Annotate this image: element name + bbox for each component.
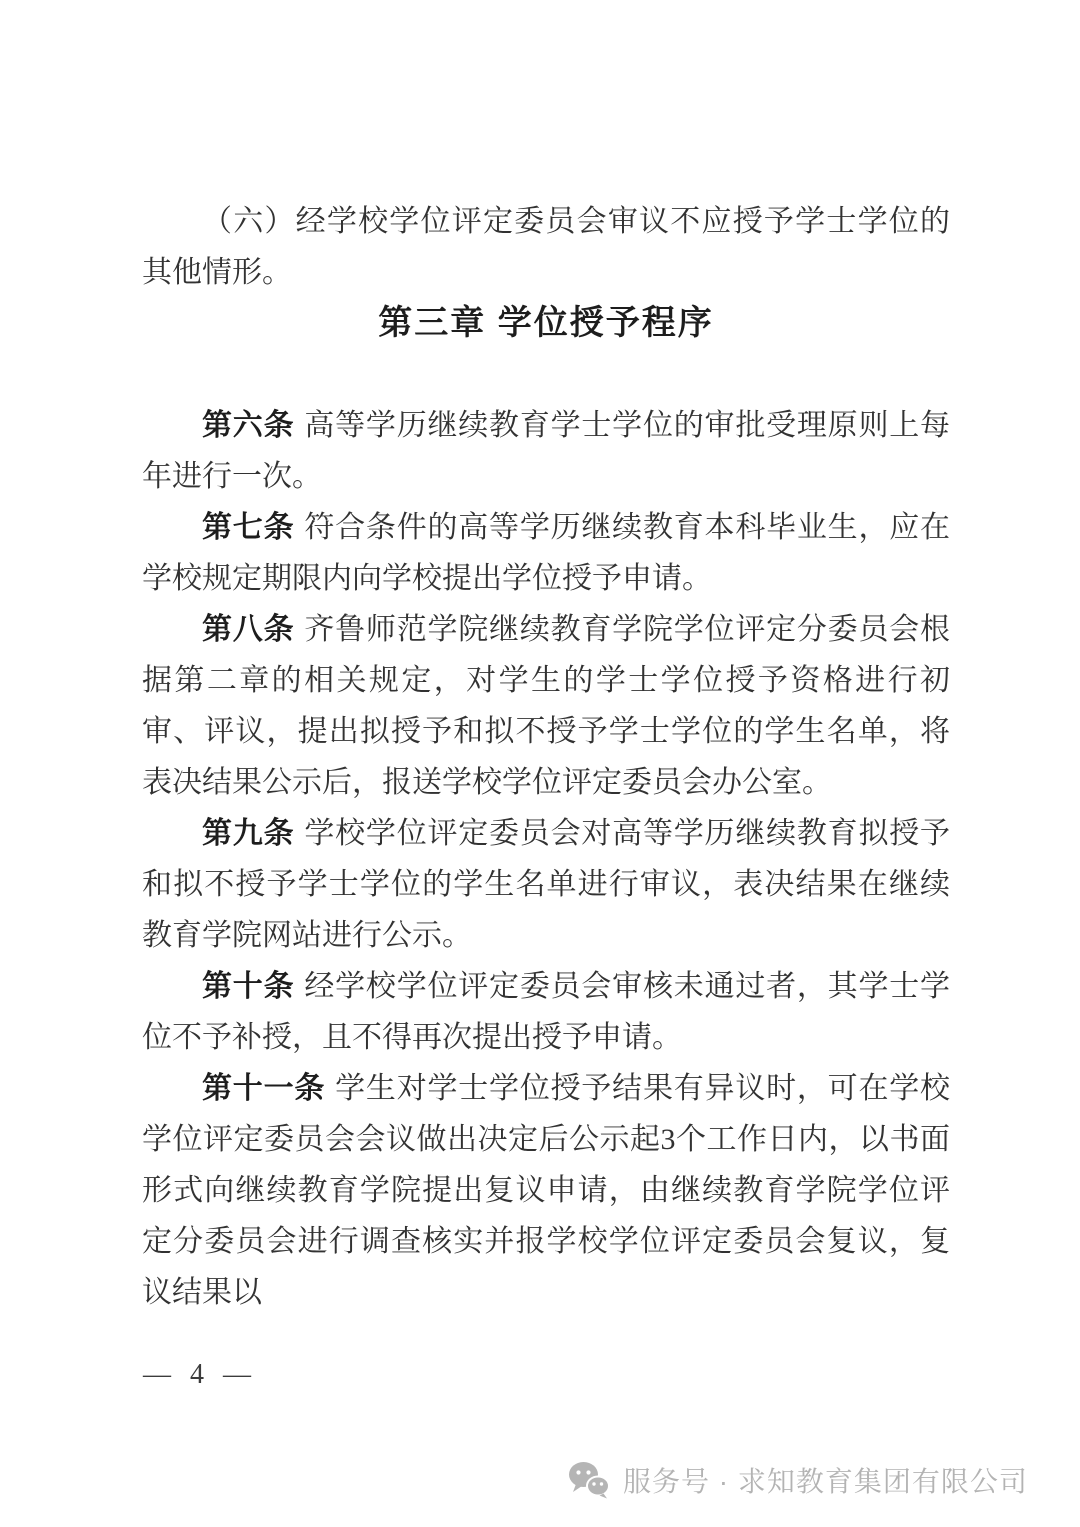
footer-text: 服务号 · 求知教育集团有限公司 [623,1460,1028,1500]
article-label: 第八条 [202,613,294,646]
article-label: 第七条 [202,511,294,544]
article-paragraph: 第十条经学校学位评定委员会审核未通过者，其学士学位不予补授，且不得再次提出授予申… [142,961,950,1063]
article-paragraph: 第七条符合条件的高等学历继续教育本科毕业生，应在学校规定期限内向学校提出学位授予… [142,502,950,604]
article-label: 第六条 [202,409,294,442]
chapter-heading: 第三章 学位授予程序 [142,298,950,349]
footer: 服务号 · 求知教育集团有限公司 [568,1458,1028,1502]
document-body: （六）经学校学位评定委员会审议不应授予学士学位的其他情形。 第三章 学位授予程序… [142,196,950,1318]
article-paragraph: 第十一条学生对学士学位授予结果有异议时，可在学校学位评定委员会会议做出决定后公示… [142,1063,950,1318]
article-label: 第十一条 [202,1072,325,1105]
article-paragraph: 第六条高等学历继续教育学士学位的审批受理原则上每年进行一次。 [142,400,950,502]
article-paragraph: 第八条齐鲁师范学院继续教育学院学位评定分委员会根据第二章的相关规定，对学生的学士… [142,604,950,808]
article-label: 第十条 [202,970,294,1003]
document-page: （六）经学校学位评定委员会审议不应授予学士学位的其他情形。 第三章 学位授予程序… [0,0,1080,1527]
page-number: — 4 — [143,1358,257,1392]
intro-paragraph: （六）经学校学位评定委员会审议不应授予学士学位的其他情形。 [142,196,950,298]
wechat-icon [568,1461,610,1499]
article-paragraph: 第九条学校学位评定委员会对高等学历继续教育拟授予和拟不授予学士学位的学生名单进行… [142,808,950,961]
articles-container: 第六条高等学历继续教育学士学位的审批受理原则上每年进行一次。第七条符合条件的高等… [142,400,950,1318]
article-label: 第九条 [202,817,294,850]
